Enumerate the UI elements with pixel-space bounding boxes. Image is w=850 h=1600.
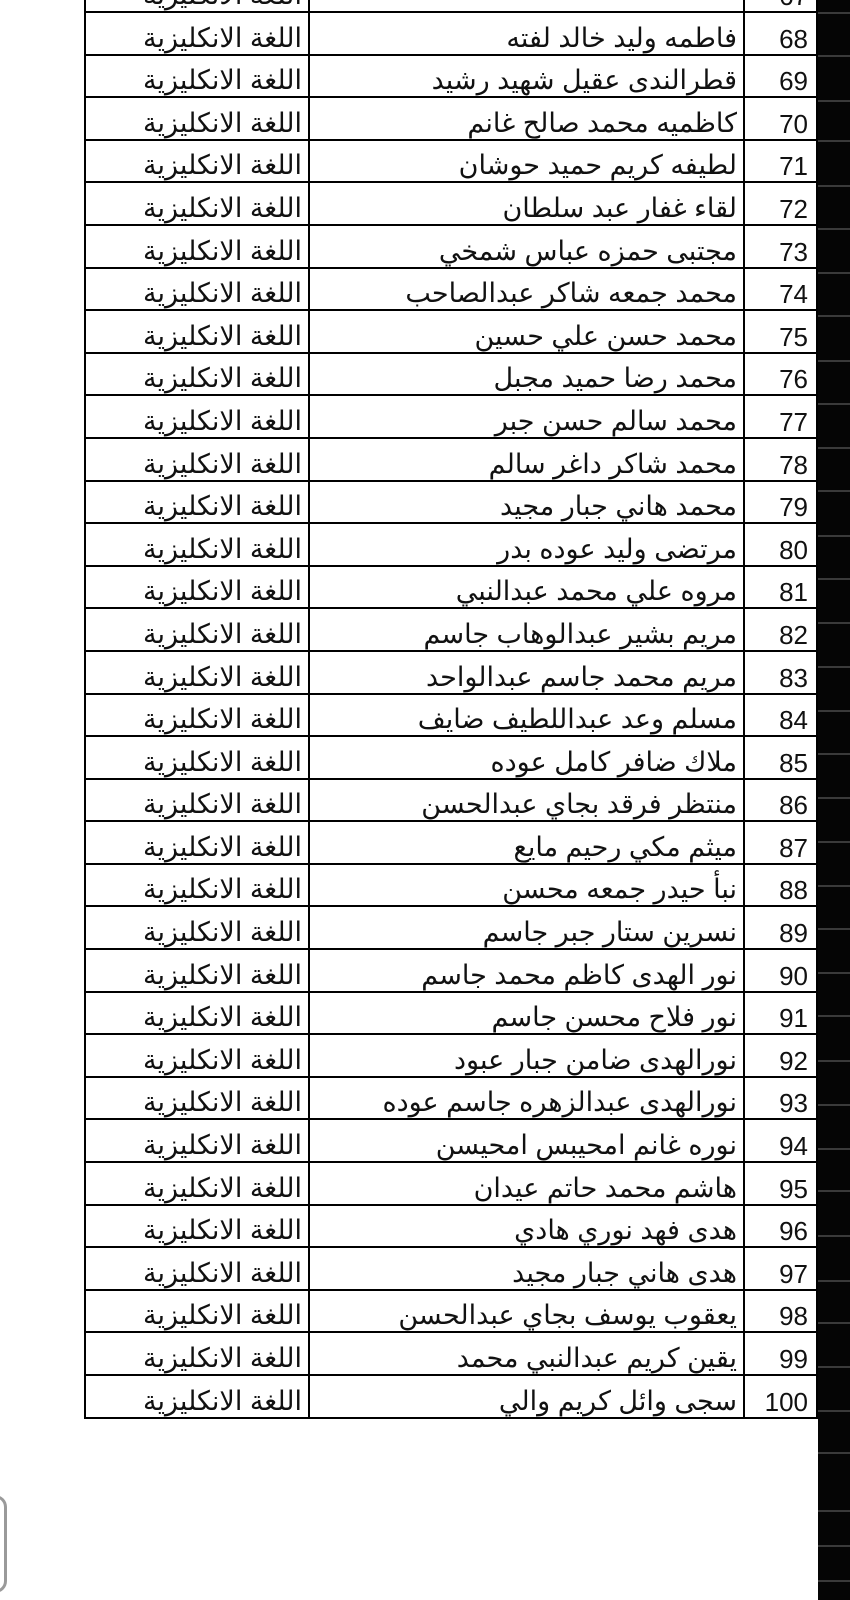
subject-cell: اللغة الانكليزية <box>85 225 309 268</box>
row-number: 100 <box>744 1375 817 1418</box>
student-name: هاشم محمد حاتم عيدان <box>309 1162 744 1205</box>
strip-tick <box>818 1322 850 1324</box>
student-name: مريم محمد جاسم عبدالواحد <box>309 651 744 694</box>
row-number: 74 <box>744 268 817 311</box>
strip-tick <box>818 228 850 230</box>
strip-tick <box>818 535 850 537</box>
subject-cell: اللغة الانكليزية <box>85 1375 309 1418</box>
student-name: نسرين ستار جبر جاسم <box>309 906 744 949</box>
strip-tick <box>818 100 850 102</box>
table-row: 86منتظر فرقد بجاي عبدالحسناللغة الانكليز… <box>85 779 817 822</box>
subject-cell: اللغة الانكليزية <box>85 140 309 183</box>
subject-cell: اللغة الانكليزية <box>85 97 309 140</box>
student-name: ملاك ضافر كامل عوده <box>309 736 744 779</box>
table-row: 77محمد سالم حسن جبراللغة الانكليزية <box>85 395 817 438</box>
subject-cell: اللغة الانكليزية <box>85 1034 309 1077</box>
strip-tick <box>818 1280 850 1282</box>
subject-cell: اللغة الانكليزية <box>85 310 309 353</box>
student-name: نور الهدى كاظم محمد جاسم <box>309 949 744 992</box>
strip-tick <box>818 1104 850 1106</box>
row-number: 71 <box>744 140 817 183</box>
strip-tick <box>818 841 850 843</box>
row-number: 94 <box>744 1119 817 1162</box>
student-list-sheet: 67 اللغة الانكليزية 68فاطمه وليد خالد لف… <box>84 0 818 1419</box>
subject-cell: اللغة الانكليزية <box>85 0 309 12</box>
student-name: محمد شاكر داغر سالم <box>309 438 744 481</box>
subject-cell: اللغة الانكليزية <box>85 949 309 992</box>
row-number: 76 <box>744 353 817 396</box>
row-number: 68 <box>744 12 817 55</box>
strip-tick <box>818 185 850 187</box>
strip-tick <box>818 1580 850 1582</box>
student-name: مريم بشير عبدالوهاب جاسم <box>309 608 744 651</box>
table-row: 93نورالهدى عبدالزهره جاسم عودهاللغة الان… <box>85 1077 817 1120</box>
strip-tick <box>818 1545 850 1547</box>
table-row: 72لقاء غفار عبد سلطاناللغة الانكليزية <box>85 182 817 225</box>
subject-cell: اللغة الانكليزية <box>85 353 309 396</box>
student-name: محمد جمعه شاكر عبدالصاحب <box>309 268 744 311</box>
table-row: 98يعقوب يوسف بجاي عبدالحسناللغة الانكليز… <box>85 1290 817 1333</box>
subject-cell: اللغة الانكليزية <box>85 651 309 694</box>
row-number: 67 <box>744 0 817 12</box>
student-name: مروه علي محمد عبدالنبي <box>309 566 744 609</box>
table-row: 97هدى هاني جبار مجيداللغة الانكليزية <box>85 1247 817 1290</box>
strip-tick <box>818 1015 850 1017</box>
table-row: 70كاظميه محمد صالح غانماللغة الانكليزية <box>85 97 817 140</box>
strip-tick <box>818 1148 850 1150</box>
row-number: 83 <box>744 651 817 694</box>
row-number: 87 <box>744 821 817 864</box>
student-table: 67 اللغة الانكليزية 68فاطمه وليد خالد لف… <box>84 0 818 1419</box>
strip-tick <box>818 928 850 930</box>
row-number: 70 <box>744 97 817 140</box>
student-name: محمد رضا حميد مجبل <box>309 353 744 396</box>
row-number: 82 <box>744 608 817 651</box>
subject-cell: اللغة الانكليزية <box>85 821 309 864</box>
student-name: لطيفه كريم حميد حوشان <box>309 140 744 183</box>
table-row: 76محمد رضا حميد مجبلاللغة الانكليزية <box>85 353 817 396</box>
table-row-partial: 67 اللغة الانكليزية <box>85 0 817 12</box>
subject-cell: اللغة الانكليزية <box>85 1077 309 1120</box>
subject-cell: اللغة الانكليزية <box>85 864 309 907</box>
row-number: 97 <box>744 1247 817 1290</box>
student-name: هدى فهد نوري هادي <box>309 1205 744 1248</box>
subject-cell: اللغة الانكليزية <box>85 1205 309 1248</box>
student-name: يعقوب يوسف بجاي عبدالحسن <box>309 1290 744 1333</box>
strip-tick <box>818 140 850 142</box>
subject-cell: اللغة الانكليزية <box>85 992 309 1035</box>
strip-tick <box>818 753 850 755</box>
row-number: 91 <box>744 992 817 1035</box>
right-edge-strip <box>818 0 850 1600</box>
table-row: 69قطرالندى عقيل شهيد رشيداللغة الانكليزي… <box>85 55 817 98</box>
strip-tick <box>818 12 850 14</box>
student-name: محمد هاني جبار مجيد <box>309 481 744 524</box>
row-number: 86 <box>744 779 817 822</box>
table-row: 78محمد شاكر داغر سالماللغة الانكليزية <box>85 438 817 481</box>
student-name: هدى هاني جبار مجيد <box>309 1247 744 1290</box>
table-row: 99يقين كريم عبدالنبي محمداللغة الانكليزي… <box>85 1332 817 1375</box>
subject-cell: اللغة الانكليزية <box>85 736 309 779</box>
strip-tick <box>818 1366 850 1368</box>
table-row: 83مريم محمد جاسم عبدالواحداللغة الانكليز… <box>85 651 817 694</box>
student-name: مسلم وعد عبداللطيف ضايف <box>309 694 744 737</box>
strip-tick <box>818 1190 850 1192</box>
strip-tick <box>818 360 850 362</box>
strip-tick <box>818 1060 850 1062</box>
student-name: محمد حسن علي حسين <box>309 310 744 353</box>
table-row: 90نور الهدى كاظم محمد جاسماللغة الانكليز… <box>85 949 817 992</box>
student-name: منتظر فرقد بجاي عبدالحسن <box>309 779 744 822</box>
student-name: نوره غانم امحيبس امحيسن <box>309 1119 744 1162</box>
row-number: 72 <box>744 182 817 225</box>
strip-tick <box>818 885 850 887</box>
row-number: 98 <box>744 1290 817 1333</box>
row-number: 90 <box>744 949 817 992</box>
table-row: 94نوره غانم امحيبس امحيسناللغة الانكليزي… <box>85 1119 817 1162</box>
table-row: 71لطيفه كريم حميد حوشاناللغة الانكليزية <box>85 140 817 183</box>
student-name: كاظميه محمد صالح غانم <box>309 97 744 140</box>
row-number: 95 <box>744 1162 817 1205</box>
row-number: 79 <box>744 481 817 524</box>
row-number: 99 <box>744 1332 817 1375</box>
subject-cell: اللغة الانكليزية <box>85 55 309 98</box>
subject-cell: اللغة الانكليزية <box>85 523 309 566</box>
row-number: 81 <box>744 566 817 609</box>
student-name: نبأ حيدر جمعه محسن <box>309 864 744 907</box>
strip-tick <box>818 490 850 492</box>
subject-cell: اللغة الانكليزية <box>85 1247 309 1290</box>
student-name: فاطمه وليد خالد لفته <box>309 12 744 55</box>
strip-tick <box>818 797 850 799</box>
strip-tick <box>818 1510 850 1512</box>
student-name: ميثم مكي رحيم مايع <box>309 821 744 864</box>
row-number: 84 <box>744 694 817 737</box>
table-row: 81مروه علي محمد عبدالنبياللغة الانكليزية <box>85 566 817 609</box>
strip-tick <box>818 1452 850 1454</box>
strip-tick <box>818 1410 850 1412</box>
subject-cell: اللغة الانكليزية <box>85 1290 309 1333</box>
row-number: 88 <box>744 864 817 907</box>
strip-tick <box>818 1235 850 1237</box>
subject-cell: اللغة الانكليزية <box>85 268 309 311</box>
subject-cell: اللغة الانكليزية <box>85 1162 309 1205</box>
row-number: 92 <box>744 1034 817 1077</box>
strip-tick <box>818 622 850 624</box>
subject-cell: اللغة الانكليزية <box>85 694 309 737</box>
student-name: قطرالندى عقيل شهيد رشيد <box>309 55 744 98</box>
student-name: سجى وائل كريم والي <box>309 1375 744 1418</box>
row-number: 89 <box>744 906 817 949</box>
table-row: 82مريم بشير عبدالوهاب جاسماللغة الانكليز… <box>85 608 817 651</box>
table-row: 92نورالهدى ضامن جبار عبوداللغة الانكليزي… <box>85 1034 817 1077</box>
subject-cell: اللغة الانكليزية <box>85 566 309 609</box>
row-number: 78 <box>744 438 817 481</box>
table-row: 79محمد هاني جبار مجيداللغة الانكليزية <box>85 481 817 524</box>
strip-tick <box>818 447 850 449</box>
subject-cell: اللغة الانكليزية <box>85 438 309 481</box>
subject-cell: اللغة الانكليزية <box>85 1119 309 1162</box>
student-name: محمد سالم حسن جبر <box>309 395 744 438</box>
subject-cell: اللغة الانكليزية <box>85 12 309 55</box>
subject-cell: اللغة الانكليزية <box>85 395 309 438</box>
strip-tick <box>818 315 850 317</box>
student-name: نورالهدى عبدالزهره جاسم عوده <box>309 1077 744 1120</box>
table-row: 89نسرين ستار جبر جاسماللغة الانكليزية <box>85 906 817 949</box>
table-row: 73مجتبى حمزه عباس شمخياللغة الانكليزية <box>85 225 817 268</box>
row-number: 69 <box>744 55 817 98</box>
table-row: 88نبأ حيدر جمعه محسناللغة الانكليزية <box>85 864 817 907</box>
student-name: نورالهدى ضامن جبار عبود <box>309 1034 744 1077</box>
subject-cell: اللغة الانكليزية <box>85 779 309 822</box>
table-row: 75محمد حسن علي حسيناللغة الانكليزية <box>85 310 817 353</box>
table-row: 95هاشم محمد حاتم عيداناللغة الانكليزية <box>85 1162 817 1205</box>
student-name: مرتضى وليد عوده بدر <box>309 523 744 566</box>
table-row: 91نور فلاح محسن جاسماللغة الانكليزية <box>85 992 817 1035</box>
table-row: 100سجى وائل كريم والياللغة الانكليزية <box>85 1375 817 1418</box>
strip-tick <box>818 403 850 405</box>
subject-cell: اللغة الانكليزية <box>85 1332 309 1375</box>
strip-tick <box>818 972 850 974</box>
table-row: 74محمد جمعه شاكر عبدالصاحباللغة الانكليز… <box>85 268 817 311</box>
subject-cell: اللغة الانكليزية <box>85 481 309 524</box>
strip-tick <box>818 666 850 668</box>
strip-tick <box>818 55 850 57</box>
student-name <box>309 0 744 12</box>
student-name: نور فلاح محسن جاسم <box>309 992 744 1035</box>
row-number: 73 <box>744 225 817 268</box>
table-row: 84مسلم وعد عبداللطيف ضايفاللغة الانكليزي… <box>85 694 817 737</box>
subject-cell: اللغة الانكليزية <box>85 608 309 651</box>
strip-tick <box>818 272 850 274</box>
row-number: 96 <box>744 1205 817 1248</box>
row-number: 85 <box>744 736 817 779</box>
strip-tick <box>818 578 850 580</box>
subject-cell: اللغة الانكليزية <box>85 182 309 225</box>
subject-cell: اللغة الانكليزية <box>85 906 309 949</box>
row-number: 93 <box>744 1077 817 1120</box>
table-row: 96هدى فهد نوري هادياللغة الانكليزية <box>85 1205 817 1248</box>
strip-tick <box>818 710 850 712</box>
student-name: لقاء غفار عبد سلطان <box>309 182 744 225</box>
table-row: 68فاطمه وليد خالد لفتهاللغة الانكليزية <box>85 12 817 55</box>
table-row: 87ميثم مكي رحيم مايعاللغة الانكليزية <box>85 821 817 864</box>
table-row: 85ملاك ضافر كامل عودهاللغة الانكليزية <box>85 736 817 779</box>
table-row: 80مرتضى وليد عوده بدراللغة الانكليزية <box>85 523 817 566</box>
student-name: يقين كريم عبدالنبي محمد <box>309 1332 744 1375</box>
page-edge-bracket <box>0 1495 7 1593</box>
row-number: 80 <box>744 523 817 566</box>
row-number: 75 <box>744 310 817 353</box>
student-name: مجتبى حمزه عباس شمخي <box>309 225 744 268</box>
row-number: 77 <box>744 395 817 438</box>
